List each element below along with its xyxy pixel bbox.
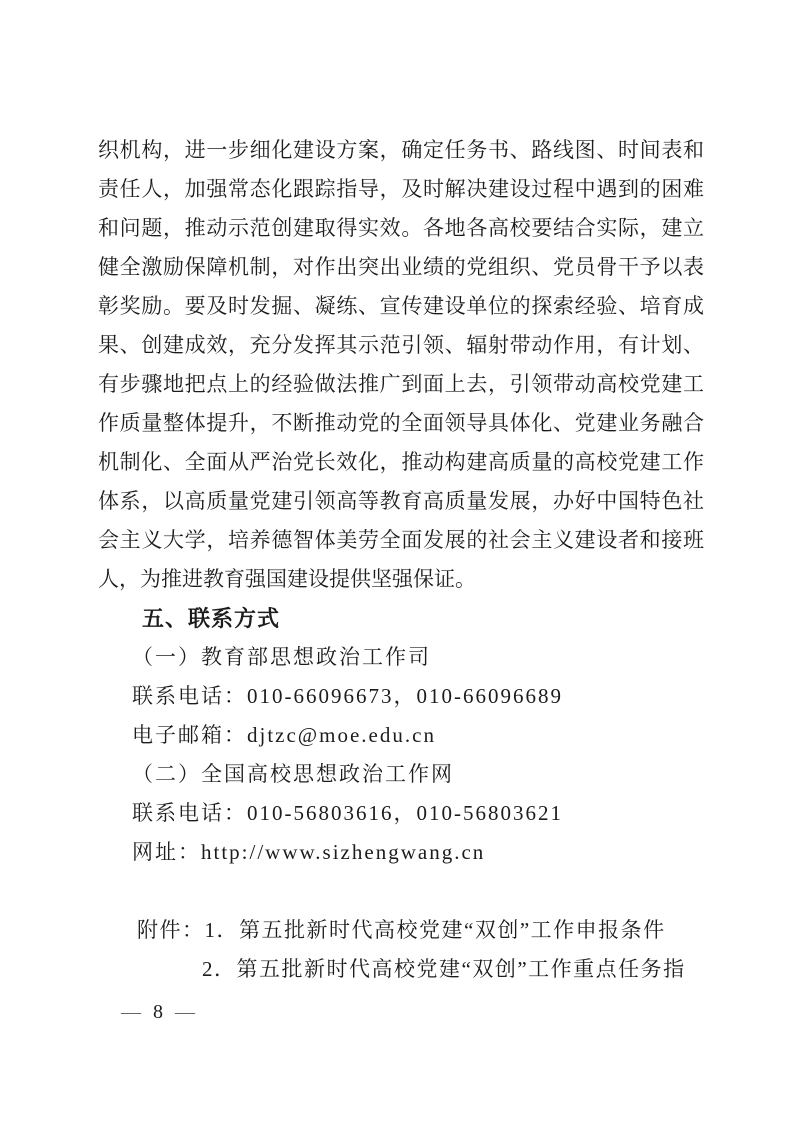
paragraph-line-last: 人，为推进教育强国建设提供坚强保证。 xyxy=(98,560,704,599)
blank-line xyxy=(98,872,704,911)
section-heading: 五、联系方式 xyxy=(98,599,704,638)
footer-dash-right: — xyxy=(175,1001,195,1023)
attachment-line-2: 2．第五批新时代高校党建“双创”工作重点任务指 xyxy=(98,950,704,989)
paragraph-line: 和问题，推动示范创建取得实效。各地各高校要结合实际，建立 xyxy=(98,209,704,248)
contact-email: 电子邮箱：djtzc@moe.edu.cn xyxy=(98,716,704,755)
paragraph-line: 织机构，进一步细化建设方案，确定任务书、路线图、时间表和 xyxy=(98,131,704,170)
paragraph-line: 会主义大学，培养德智体美劳全面发展的社会主义建设者和接班 xyxy=(98,521,704,560)
document-page: 织机构，进一步细化建设方案，确定任务书、路线图、时间表和 责任人，加强常态化跟踪… xyxy=(0,0,794,1122)
contact-website: 网址：http://www.sizhengwang.cn xyxy=(98,833,704,872)
paragraph-line: 健全激励保障机制，对作出突出业绩的党组织、党员骨干予以表 xyxy=(98,248,704,287)
paragraph-line: 彰奖励。要及时发掘、凝练、宣传建设单位的探索经验、培育成 xyxy=(98,287,704,326)
paragraph-line: 果、创建成效，充分发挥其示范引领、辐射带动作用，有计划、 xyxy=(98,326,704,365)
paragraph-line: 体系，以高质量党建引领高等教育高质量发展，办好中国特色社 xyxy=(98,482,704,521)
paragraph-line: 责任人，加强常态化跟踪指导，及时解决建设过程中遇到的困难 xyxy=(98,170,704,209)
page-number: 8 xyxy=(153,1001,163,1023)
footer-dash-left: — xyxy=(121,1001,141,1023)
paragraph-line: 有步骤地把点上的经验做法推广到面上去，引领带动高校党建工 xyxy=(98,365,704,404)
contact-org-2: （二）全国高校思想政治工作网 xyxy=(98,755,704,794)
text-column: 织机构，进一步细化建设方案，确定任务书、路线图、时间表和 责任人，加强常态化跟踪… xyxy=(98,131,704,989)
attachment-line-1: 附件：1．第五批新时代高校党建“双创”工作申报条件 xyxy=(98,911,704,950)
paragraph-line: 机制化、全面从严治党长效化，推动构建高质量的高校党建工作 xyxy=(98,443,704,482)
contact-phone-1: 联系电话：010-66096673，010-66096689 xyxy=(98,677,704,716)
paragraph-line: 作质量整体提升，不断推动党的全面领导具体化、党建业务融合 xyxy=(98,404,704,443)
contact-phone-2: 联系电话：010-56803616，010-56803621 xyxy=(98,794,704,833)
page-footer: —8— xyxy=(121,998,195,1026)
contact-org-1: （一）教育部思想政治工作司 xyxy=(98,638,704,677)
